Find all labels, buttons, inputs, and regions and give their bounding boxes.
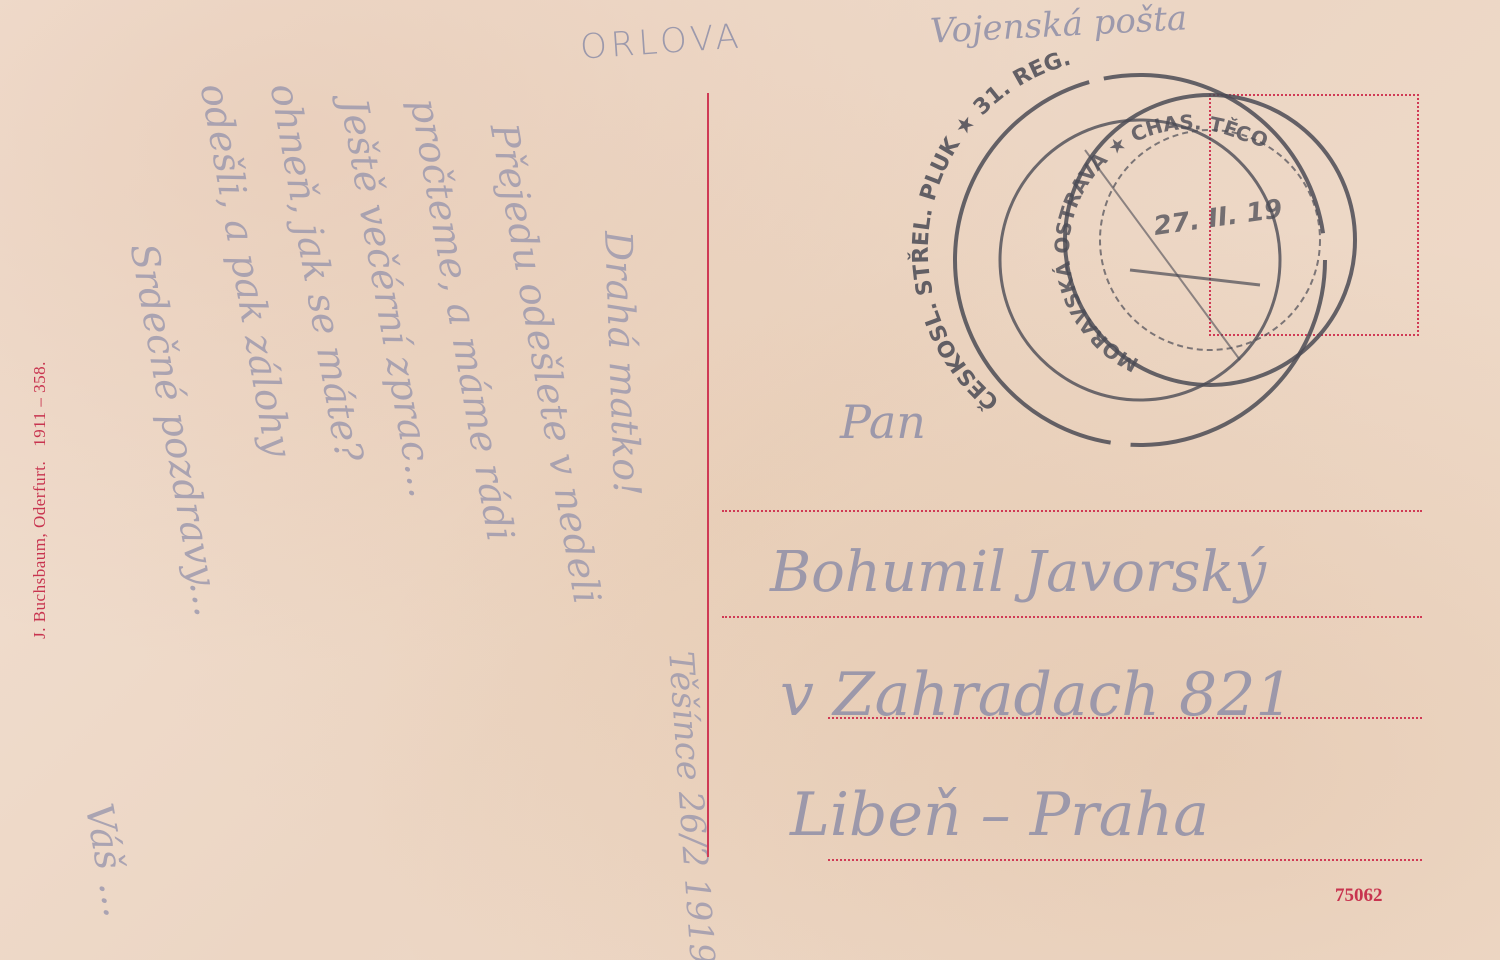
svg-text:MORAVSKÁ OSTRAVA ★ CHAS. TĚCO: MORAVSKÁ OSTRAVA ★ CHAS. TĚCO (1050, 110, 1272, 377)
address-line-1 (722, 510, 1422, 512)
postmark-graphic: ČESKOSL. STŘEL. PLUK ★ 31. REG. MORAVSKÁ… (940, 60, 1400, 440)
message-greeting: Drahá matko! (596, 230, 649, 497)
address-name: Bohumil Javorský (770, 540, 1266, 605)
address-city: Libeň – Praha (790, 780, 1209, 850)
serial-number: 75062 (1335, 885, 1383, 907)
address-line-4 (828, 859, 1422, 861)
postmark-inner-text: MORAVSKÁ OSTRAVA ★ CHAS. TĚCO (1050, 110, 1272, 377)
publisher-name: J. Buchsbaum, Oderfurt. (30, 461, 49, 639)
publisher-imprint: J. Buchsbaum, Oderfurt.1911 – 358. (30, 361, 50, 639)
address-line-3 (828, 717, 1422, 719)
postmark: ČESKOSL. STŘEL. PLUK ★ 31. REG. MORAVSKÁ… (940, 60, 1400, 440)
address-street: v Zahradach 821 (780, 660, 1294, 730)
center-divider (707, 93, 709, 857)
address-line-2 (722, 616, 1422, 618)
postmark-date: 27. II. 19 (1152, 194, 1284, 242)
address-salutation: Pan (840, 395, 926, 449)
imprint-year-code: 1911 – 358. (30, 361, 49, 447)
